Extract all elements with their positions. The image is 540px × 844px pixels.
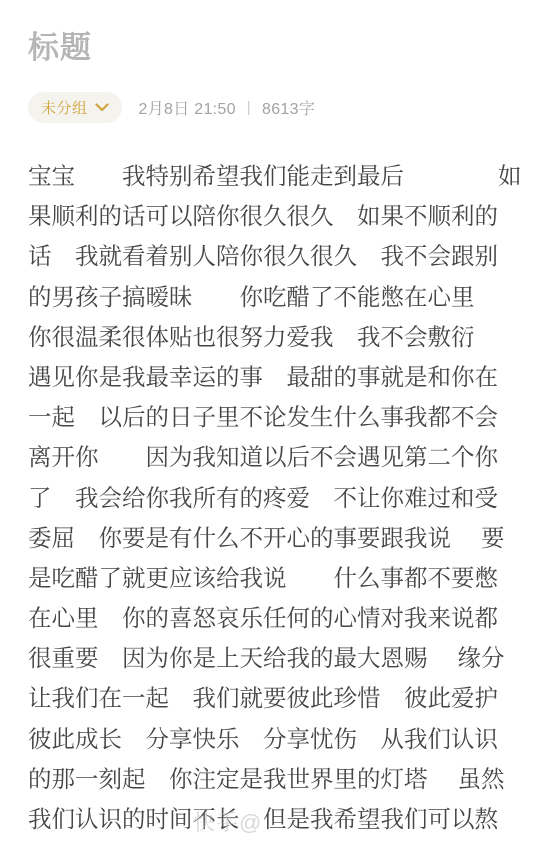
note-text-line: 很重要 因为你是上天给我的最大恩赐 缘分 [28,638,516,678]
note-text-line: 是吃醋了就更应该给我说 什么事都不要憋 [28,558,516,598]
group-selector-label: 未分组 [41,97,88,118]
note-text-line: 的那一刻起 你注定是我世界里的灯塔 虽然 [28,759,516,799]
note-text-line: 你很温柔很体贴也很努力爱我 我不会敷衍 [28,317,516,357]
note-text-line: 离开你 因为我知道以后不会遇见第二个你 [28,437,516,477]
note-text-line: 一起 以后的日子里不论发生什么事我都不会 [28,397,516,437]
group-selector[interactable]: 未分组 [28,92,122,123]
note-text-line: 话 我就看着别人陪你很久很久 我不会跟别 [28,236,516,276]
note-title-field[interactable]: 标题 [28,30,512,66]
note-word-count: 8613字 [262,96,315,119]
note-text-line: 我们认识的时间不长 但是我希望我们可以熬 [28,799,516,839]
note-text-line: 宝宝 我特别希望我们能走到最后 如 [28,156,516,196]
note-date: 2月8日 21:50 [139,96,236,119]
note-header: 标题 未分组 2月8日 21:50 | 8613字 [0,0,540,123]
note-meta-info: 2月8日 21:50 | 8613字 [139,96,316,119]
chevron-down-icon [95,103,109,112]
note-text-line: 果顺利的话可以陪你很久很久 如果不顺利的 [28,196,516,236]
note-text-line: 了 我会给你我所有的疼爱 不让你难过和受 [28,478,516,518]
note-text-line: 彼此成长 分享快乐 分享忧伤 从我们认识 [28,719,516,759]
note-text-line: 遇见你是我最幸运的事 最甜的事就是和你在 [28,357,516,397]
note-text-line: 让我们在一起 我们就要彼此珍惜 彼此爱护 [28,678,516,718]
note-meta-row: 未分组 2月8日 21:50 | 8613字 [28,92,512,123]
meta-separator: | [247,99,251,116]
note-editor-screen: 标题 未分组 2月8日 21:50 | 8613字 宝宝 我特别希望我们能走到最… [0,0,540,844]
note-text-line: 在心里 你的喜怒哀乐任何的心情对我来说都 [28,598,516,638]
note-body-editor[interactable]: 宝宝 我特别希望我们能走到最后 如果顺利的话可以陪你很久很久 如果不顺利的话 我… [28,156,516,839]
note-text-line: 委屈 你要是有什么不开心的事要跟我说 要 [28,518,516,558]
note-text-line: 的男孩子搞暧昧 你吃醋了不能憋在心里 [28,277,516,317]
